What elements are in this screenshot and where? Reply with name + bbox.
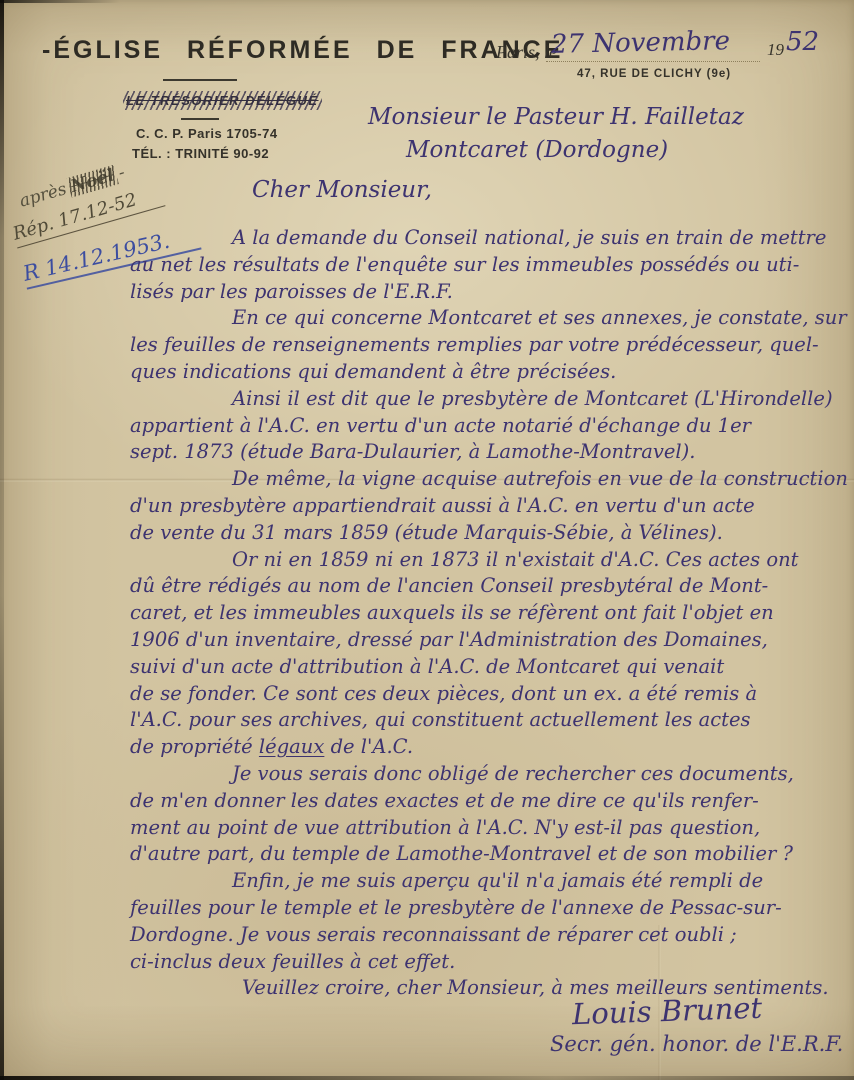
- handwritten-line: A la demande du Conseil national, je sui…: [130, 225, 848, 252]
- handwritten-line: De même, la vigne acquise autrefois en v…: [130, 466, 848, 493]
- printed-year-prefix: 19: [767, 40, 784, 60]
- paragraph: En ce qui concerne Montcaret et ses anne…: [130, 305, 848, 385]
- paragraph: A la demande du Conseil national, je sui…: [130, 225, 848, 305]
- annotation-scribbled-word: Noël: [69, 166, 117, 197]
- paragraph: Je vous serais donc obligé de rechercher…: [130, 761, 848, 868]
- handwritten-line: ques indications qui demandent à être pr…: [130, 359, 848, 386]
- scan-edge-top: [0, 0, 120, 3]
- signature: Louis Brunet: [571, 991, 762, 1032]
- body-paragraphs: A la demande du Conseil national, je sui…: [130, 225, 848, 1002]
- printed-city-date-prefix: Paris, le: [496, 42, 557, 63]
- letterhead-street-address: 47, RUE DE CLICHY (9e): [577, 68, 731, 80]
- handwritten-line: de vente du 31 mars 1859 (étude Marquis-…: [130, 520, 848, 547]
- salutation: Cher Monsieur,: [252, 177, 432, 203]
- paragraph: Enfin, je me suis aperçu qu'il n'a jamai…: [130, 868, 848, 975]
- handwritten-line: de propriété légaux de l'A.C.: [130, 734, 848, 761]
- letterhead-divider-rule: [163, 79, 237, 81]
- paragraph: De même, la vigne acquise autrefois en v…: [130, 466, 848, 546]
- handwritten-line: de se fonder. Ce sont ces deux pièces, d…: [130, 681, 848, 708]
- handwritten-line: l'A.C. pour ses archives, qui constituen…: [130, 707, 848, 734]
- handwritten-date: 27 Novembre: [551, 26, 731, 60]
- handwritten-line: 1906 d'un inventaire, dressé par l'Admin…: [130, 627, 848, 654]
- handwritten-line: d'autre part, du temple de Lamothe-Montr…: [130, 841, 848, 868]
- paragraph: Ainsi il est dit que le presbytère de Mo…: [130, 386, 848, 466]
- handwritten-line: En ce qui concerne Montcaret et ses anne…: [130, 305, 848, 332]
- handwritten-line: Dordogne. Je vous serais reconnaissant d…: [130, 922, 848, 949]
- handwritten-line: caret, et les immeubles auxquels ils se …: [130, 600, 848, 627]
- handwritten-line: Or ni en 1859 ni en 1873 il n'existait d…: [130, 547, 848, 574]
- handwritten-line: ci-inclus deux feuilles à cet effet.: [130, 949, 848, 976]
- handwritten-line: dû être rédigés au nom de l'ancien Conse…: [130, 573, 848, 600]
- letterhead-ccp-account: C. C. P. Paris 1705-74: [136, 126, 278, 141]
- letterhead-role-struck-through: LE TRÉSORIER DÉLÉGUÉ: [126, 93, 319, 108]
- annotation-text: après: [17, 178, 74, 212]
- handwritten-line: de m'en donner les dates exactes et de m…: [130, 788, 848, 815]
- handwritten-line: Je vous serais donc obligé de rechercher…: [130, 761, 848, 788]
- handwritten-year: 52: [786, 27, 819, 57]
- handwritten-line: sept. 1873 (étude Bara-Dulaurier, à Lamo…: [130, 439, 848, 466]
- paragraph: Or ni en 1859 ni en 1873 il n'existait d…: [130, 547, 848, 761]
- handwritten-line: au net les résultats de l'enquête sur le…: [130, 252, 848, 279]
- handwritten-line: appartient à l'A.C. en vertu d'un acte n…: [130, 413, 848, 440]
- letterhead-organization-name: -ÉGLISE RÉFORMÉE DE FRANCE: [42, 36, 563, 65]
- signature-title: Secr. gén. honor. de l'E.R.F.: [550, 1032, 843, 1056]
- scanned-letter-page: -ÉGLISE RÉFORMÉE DE FRANCE LE TRÉSORIER …: [0, 0, 854, 1080]
- scan-edge-left: [0, 0, 4, 1080]
- letterhead-small-rule: [181, 118, 219, 120]
- underlined-word: légaux: [259, 735, 324, 758]
- handwritten-line: suivi d'un acte d'attribution à l'A.C. d…: [130, 654, 848, 681]
- handwritten-line: feuilles pour le temple et le presbytère…: [130, 895, 848, 922]
- scan-edge-bottom: [0, 1076, 854, 1080]
- handwritten-line: ment au point de vue attribution à l'A.C…: [130, 815, 848, 842]
- handwritten-line: lisés par les paroisses de l'E.R.F.: [130, 279, 848, 306]
- recipient-name: Monsieur le Pasteur H. Failletaz: [368, 104, 744, 130]
- handwritten-line: Enfin, je me suis aperçu qu'il n'a jamai…: [130, 868, 848, 895]
- handwritten-line: Ainsi il est dit que le presbytère de Mo…: [130, 386, 848, 413]
- handwritten-line: d'un presbytère appartiendrait aussi à l…: [130, 493, 848, 520]
- date-dotted-line: [546, 61, 760, 62]
- handwritten-line: les feuilles de renseignements remplies …: [130, 332, 848, 359]
- recipient-location: Montcaret (Dordogne): [406, 137, 668, 163]
- letterhead-telephone: TÉL. : TRINITÉ 90-92: [132, 146, 269, 161]
